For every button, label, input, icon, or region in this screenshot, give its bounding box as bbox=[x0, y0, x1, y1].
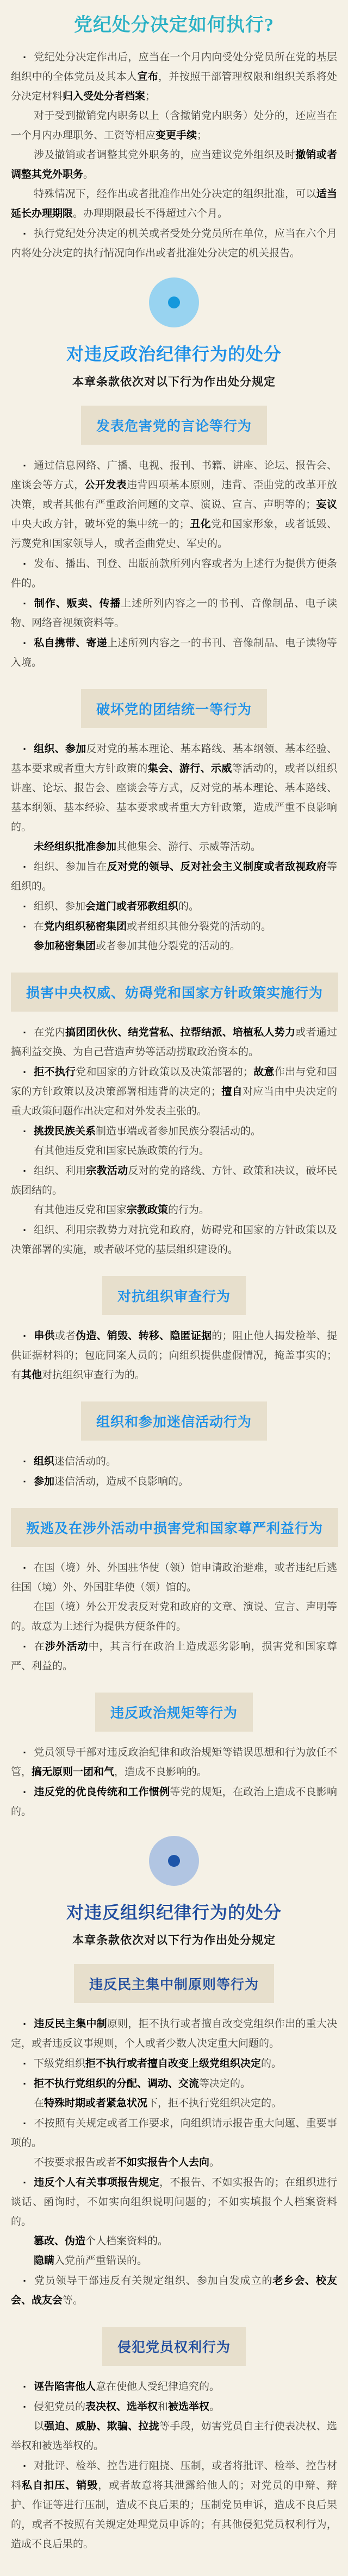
group-heading: 破坏党的团结统一等行为 bbox=[96, 699, 252, 718]
emphasized-text: 宗教政策 bbox=[127, 1204, 168, 1216]
body-paragraph: ▪在涉外活动中，其言行在政治上造成恶劣影响，损害党和国家尊严、利益的。 bbox=[11, 1637, 337, 1676]
emphasized-text: 违反个人有关事项报告规定 bbox=[34, 2177, 159, 2188]
emphasized-text: 违反党的优良传统和工作惯例 bbox=[34, 1786, 170, 1798]
emphasized-text: 拒不执行 bbox=[34, 1066, 76, 1078]
body-paragraph: 隐瞒入党前严重错误的。 bbox=[11, 2251, 337, 2271]
body-paragraph: 参加秘密集团或者参加其他分裂党的活动的。 bbox=[11, 937, 337, 956]
square-bullet-icon: ▪ bbox=[23, 1220, 34, 1240]
emphasized-text: 隐瞒 bbox=[34, 2255, 54, 2266]
emphasized-text: 集会、游行、示威 bbox=[148, 763, 232, 774]
chapter-title: 对违反政治纪律行为的处分 bbox=[11, 340, 337, 365]
emphasized-text: 宣布 bbox=[137, 71, 158, 83]
body-paragraph: 对于受到撤销党内职务以上（含撤销党内职务）处分的，还应当在一个月内办理职务、工资… bbox=[11, 106, 337, 146]
emphasized-text: 私自携带、寄递 bbox=[34, 637, 107, 649]
square-bullet-icon: ▪ bbox=[23, 554, 34, 573]
group-heading: 组织和参加迷信活动行为 bbox=[96, 1411, 252, 1431]
emphasized-text: 宗教活动 bbox=[86, 1165, 128, 1177]
body-paragraph: 以强迫、威胁、欺骗、拉拢等手段，妨害党员自主行使表决权、选举权和被选举权的。 bbox=[11, 2417, 337, 2456]
emphasized-text: 被选举权 bbox=[168, 2401, 209, 2413]
emphasized-text: 搞无原则一团和气 bbox=[32, 1766, 114, 1778]
emphasized-text: 涉外活动 bbox=[45, 1641, 89, 1652]
body-paragraph: ▪组织、参加会道门或者邪教组织的。 bbox=[11, 896, 337, 917]
body-paragraph: ▪执行党纪处分决定的机关或者受处分党员所在单位，应当在六个月内将处分决定的执行情… bbox=[11, 224, 337, 263]
square-bullet-icon: ▪ bbox=[23, 1558, 34, 1577]
emphasized-text: 违反民主集中制 bbox=[34, 2018, 107, 2030]
chapter-groups: 违反民主集中制原则等行为▪违反民主集中制原则，拒不执行或者擅自改变党组织作出的重… bbox=[11, 1964, 337, 2554]
group-heading: 叛逃及在涉外活动中损害党和国家尊严利益行为 bbox=[26, 1518, 323, 1537]
body-paragraph: 不按要求报告或者不如实报告个人去向。 bbox=[11, 2153, 337, 2173]
square-bullet-icon: ▪ bbox=[23, 224, 34, 243]
body-paragraph: ▪组织迷信活动的。 bbox=[11, 1451, 337, 1472]
chapter-organizational-discipline: 对违反组织纪律行为的处分 本章条款依次对以下行为作出处分规定 违反民主集中制原则… bbox=[11, 1836, 337, 2554]
emphasized-text: 组织、参加 bbox=[34, 743, 86, 755]
body-paragraph: ▪在党内搞团团伙伙、结党营私、拉帮结派、培植私人势力或者通过搞利益交换、为自己营… bbox=[11, 1022, 337, 1062]
square-bullet-icon: ▪ bbox=[23, 2397, 34, 2416]
body-paragraph: ▪党员领导干部对违反政治纪律和政治规矩等错误思想和行为放任不管，搞无原则一团和气… bbox=[11, 1742, 337, 1782]
square-bullet-icon: ▪ bbox=[23, 456, 34, 475]
square-bullet-icon: ▪ bbox=[23, 594, 34, 613]
square-bullet-icon: ▪ bbox=[23, 739, 34, 759]
emphasized-text: 拒不执行或者擅自改变上级党组织决定 bbox=[85, 2058, 261, 2069]
group-heading-box: 损害中央权威、妨碍党和国家方针政策实施行为 bbox=[11, 973, 338, 1012]
emphasized-text: 制作、贩卖、传播 bbox=[34, 598, 121, 609]
body-paragraph: ▪参加迷信活动，造成不良影响的。 bbox=[11, 1472, 337, 1492]
body-paragraph: 有其他违反党和国家民族政策的行为。 bbox=[11, 1141, 337, 1161]
body-paragraph: ▪拒不执行党和国家的方针政策以及决策部署的；故意作出与党和国家的方针政策以及决策… bbox=[11, 1062, 337, 1121]
square-bullet-icon: ▪ bbox=[23, 917, 34, 936]
emphasized-text: 私自扣压、销毁 bbox=[22, 2480, 98, 2491]
group-heading-box: 违反政治规矩等行为 bbox=[95, 1693, 253, 1732]
body-paragraph: 未经组织批准参加其他集会、游行、示威等活动。 bbox=[11, 837, 337, 857]
emphasized-text: 老乡会、校友会、战友会 bbox=[11, 2275, 337, 2306]
chapter-subtitle: 本章条款依次对以下行为作出处分规定 bbox=[11, 1931, 337, 1948]
body-paragraph: ▪拒不执行党组织的分配、调动、交流等决定的。 bbox=[11, 2074, 337, 2094]
chapter-political-discipline: 对违反政治纪律行为的处分 本章条款依次对以下行为作出处分规定 发表危害党的言论等… bbox=[11, 277, 337, 1822]
section-divider-circle-icon bbox=[149, 277, 199, 327]
chapter-subtitle: 本章条款依次对以下行为作出处分规定 bbox=[11, 373, 337, 389]
emphasized-text: 妄议 bbox=[316, 499, 337, 510]
body-paragraph: 特殊情况下，经作出或者批准作出处分决定的组织批准，可以适当延长办理期限。办理期限… bbox=[11, 185, 337, 224]
emphasized-text: 归入受处分者档案 bbox=[63, 91, 145, 102]
body-paragraph: 涉及撤销或者调整其党外职务的，应当建议党外组织及时撤销或者调整其党外职务。 bbox=[11, 146, 337, 185]
emphasized-text: 适当延长办理期限 bbox=[11, 188, 337, 219]
emphasized-text: 故意 bbox=[253, 1066, 275, 1078]
section-divider-circle-icon bbox=[149, 1836, 199, 1886]
group-heading: 违反政治规矩等行为 bbox=[110, 1702, 238, 1722]
emphasized-text: 反对党的领导、反对社会主义制度或者敌视政府 bbox=[107, 861, 327, 873]
square-bullet-icon: ▪ bbox=[23, 633, 34, 653]
emphasized-text: 搞团团伙伙、结党营私、拉帮结派、培植私人势力 bbox=[65, 1027, 295, 1038]
body-paragraph: ▪侵犯党员的表决权、选举权和被选举权。 bbox=[11, 2397, 337, 2417]
square-bullet-icon: ▪ bbox=[23, 1451, 34, 1471]
body-paragraph: ▪违反党的优良传统和工作惯例等党的规矩，在政治上造成不良影响的。 bbox=[11, 1782, 337, 1822]
group-heading-box: 对抗组织审查行为 bbox=[102, 1276, 246, 1315]
emphasized-text: 特殊时期或者紧急状况 bbox=[44, 2098, 147, 2109]
square-bullet-icon: ▪ bbox=[23, 2456, 34, 2476]
emphasized-text: 拒不执行党组织的分配、调动、交流 bbox=[34, 2078, 199, 2089]
body-paragraph: 在国（境）外公开发表反对党和政府的文章、演说、宣言、声明等的。故意为上述行为提供… bbox=[11, 1598, 337, 1637]
square-bullet-icon: ▪ bbox=[23, 2113, 34, 2133]
body-paragraph: 在特殊时期或者紧急状况下，拒不执行党组织决定的。 bbox=[11, 2094, 337, 2113]
square-bullet-icon: ▪ bbox=[23, 896, 34, 916]
emphasized-text: 擅自 bbox=[221, 1086, 243, 1097]
group-heading: 损害中央权威、妨碍党和国家方针政策实施行为 bbox=[26, 982, 323, 1002]
body-paragraph: 篡改、伪造个人档案资料的。 bbox=[11, 2232, 337, 2251]
body-paragraph: ▪诬告陷害他人意在使他人受纪律追究的。 bbox=[11, 2377, 337, 2397]
group-heading-box: 侵犯党员权利行为 bbox=[102, 2327, 246, 2366]
body-paragraph: ▪在党内组织秘密集团或者组织其他分裂党的活动的。 bbox=[11, 917, 337, 937]
group-heading-box: 发表危害党的言论等行为 bbox=[81, 406, 267, 445]
group-heading: 侵犯党员权利行为 bbox=[117, 2337, 231, 2356]
body-paragraph: ▪违反个人有关事项报告规定，不报告、不如实报告的；在组织进行谈话、函询时，不如实… bbox=[11, 2173, 337, 2232]
body-paragraph: ▪下级党组织拒不执行或者擅自改变上级党组织决定的。 bbox=[11, 2054, 337, 2074]
chapter-groups: 发表危害党的言论等行为▪通过信息网络、广播、电视、报刊、书籍、讲座、论坛、报告会… bbox=[11, 406, 337, 1822]
emphasized-text: 公开发表 bbox=[85, 479, 127, 491]
square-bullet-icon: ▪ bbox=[23, 1121, 34, 1141]
square-bullet-icon: ▪ bbox=[23, 1326, 34, 1346]
body-paragraph: ▪组织、利用宗教势力对抗党和政府，妨碍党和国家的方针政策以及决策部署的实施，或者… bbox=[11, 1220, 337, 1260]
square-bullet-icon: ▪ bbox=[23, 47, 34, 67]
group-heading: 违反民主集中制原则等行为 bbox=[89, 1974, 259, 1993]
square-bullet-icon: ▪ bbox=[23, 1637, 34, 1656]
body-paragraph: ▪组织、利用宗教活动反对的党的路线、方针、政策和决议，破坏民族团结的。 bbox=[11, 1161, 337, 1201]
divider-dot-icon bbox=[168, 1855, 180, 1867]
emphasized-text: 党内组织秘密集团 bbox=[44, 921, 127, 932]
body-paragraph: ▪对批评、检举、控告进行阻挠、压制，或者将批评、检举、控告材料私自扣压、销毁，或… bbox=[11, 2456, 337, 2554]
emphasized-text: 参加秘密集团 bbox=[34, 940, 96, 952]
body-paragraph: ▪串供或者伪造、销毁、转移、隐匿证据的；阻止他人揭发检举、提供证据材料的；包庇同… bbox=[11, 1326, 337, 1385]
square-bullet-icon: ▪ bbox=[23, 1742, 34, 1762]
group-heading-box: 违反民主集中制原则等行为 bbox=[74, 1964, 274, 2003]
emphasized-text: 篡改、伪造 bbox=[34, 2236, 85, 2247]
emphasized-text: 其他 bbox=[21, 1369, 42, 1381]
body-paragraph: ▪党纪处分决定作出后，应当在一个月内向受处分党员所在党的基层组织中的全体党员及其… bbox=[11, 47, 337, 106]
body-paragraph: ▪党员领导干部违反有关规定组织、参加自发成立的老乡会、校友会、战友会等。 bbox=[11, 2271, 337, 2310]
square-bullet-icon: ▪ bbox=[23, 2014, 34, 2034]
body-paragraph: ▪违反民主集中制原则，拒不执行或者擅自改变党组织作出的重大决定，或者违反议事规则… bbox=[11, 2014, 337, 2054]
square-bullet-icon: ▪ bbox=[23, 1782, 34, 1802]
emphasized-text: 串供 bbox=[34, 1330, 55, 1342]
body-paragraph: ▪发布、播出、刊登、出版前款所列内容或者为上述行为提供方便条件的。 bbox=[11, 554, 337, 594]
group-heading: 发表危害党的言论等行为 bbox=[96, 415, 252, 435]
square-bullet-icon: ▪ bbox=[23, 857, 34, 876]
body-paragraph: ▪不按照有关规定或者工作要求，向组织请示报告重大问题、重要事项的。 bbox=[11, 2113, 337, 2153]
square-bullet-icon: ▪ bbox=[23, 1022, 34, 1042]
body-paragraph: ▪在国（境）外、外国驻华使（领）馆申请政治避难，或者违纪后逃往国（境）外、外国驻… bbox=[11, 1558, 337, 1598]
body-paragraph: ▪挑拨民族关系制造事端或者参加民族分裂活动的。 bbox=[11, 1121, 337, 1141]
emphasized-text: 丑化 bbox=[190, 519, 211, 530]
square-bullet-icon: ▪ bbox=[23, 1062, 34, 1082]
divider-dot-icon bbox=[168, 296, 180, 308]
emphasized-text: 强迫、威胁、欺骗、拉拢 bbox=[44, 2421, 159, 2432]
body-paragraph: ▪私自携带、寄递上述所列内容之一的书刊、音像制品、电子读物等入境。 bbox=[11, 633, 337, 673]
intro-section: ▪党纪处分决定作出后，应当在一个月内向受处分党员所在党的基层组织中的全体党员及其… bbox=[11, 47, 337, 263]
emphasized-text: 诬告陷害他人 bbox=[34, 2381, 96, 2392]
group-heading-box: 叛逃及在涉外活动中损害党和国家尊严利益行为 bbox=[11, 1508, 338, 1547]
emphasized-text: 变更手续 bbox=[156, 130, 197, 141]
square-bullet-icon: ▪ bbox=[23, 2074, 34, 2093]
emphasized-text: 未经组织批准参加 bbox=[34, 841, 116, 853]
emphasized-text: 挑拨民族关系 bbox=[34, 1126, 96, 1137]
group-heading-box: 组织和参加迷信活动行为 bbox=[81, 1401, 267, 1441]
emphasized-text: 不如实报告个人去向 bbox=[116, 2157, 209, 2168]
page-title: 党纪处分决定如何执行? bbox=[11, 10, 337, 36]
body-paragraph: ▪组织、参加旨在反对党的领导、反对社会主义制度或者敌视政府等组织的。 bbox=[11, 857, 337, 896]
body-paragraph: ▪通过信息网络、广播、电视、报刊、书籍、讲座、论坛、报告会、座谈会等方式，公开发… bbox=[11, 456, 337, 554]
square-bullet-icon: ▪ bbox=[23, 1472, 34, 1491]
emphasized-text: 组织 bbox=[34, 1456, 54, 1467]
emphasized-text: 伪造、销毁、转移、隐匿证据 bbox=[76, 1330, 212, 1342]
chapter-title: 对违反组织纪律行为的处分 bbox=[11, 1899, 337, 1924]
emphasized-text: 会道门或者邪教组织 bbox=[85, 901, 178, 912]
group-heading-box: 破坏党的团结统一等行为 bbox=[81, 689, 267, 728]
square-bullet-icon: ▪ bbox=[23, 2377, 34, 2396]
square-bullet-icon: ▪ bbox=[23, 2054, 34, 2073]
body-paragraph: ▪组织、参加反对党的基本理论、基本路线、基本纲领、基本经验、基本要求或者重大方针… bbox=[11, 739, 337, 837]
body-paragraph: ▪制作、贩卖、传播上述所列内容之一的书刊、音像制品、电子读物、网络音视频资料等。 bbox=[11, 594, 337, 633]
body-paragraph: 有其他违反党和国家宗教政策的行为。 bbox=[11, 1201, 337, 1220]
emphasized-text: 撤销或者调整其党外职务 bbox=[11, 149, 337, 180]
square-bullet-icon: ▪ bbox=[23, 2173, 34, 2192]
emphasized-text: 参加 bbox=[34, 1476, 54, 1487]
infographic-page: 党纪处分决定如何执行? ▪党纪处分决定作出后，应当在一个月内向受处分党员所在党的… bbox=[0, 0, 348, 2576]
group-heading: 对抗组织审查行为 bbox=[117, 1286, 231, 1305]
square-bullet-icon: ▪ bbox=[23, 1161, 34, 1180]
emphasized-text: 表决权、选举权 bbox=[85, 2401, 158, 2413]
square-bullet-icon: ▪ bbox=[23, 2271, 34, 2290]
